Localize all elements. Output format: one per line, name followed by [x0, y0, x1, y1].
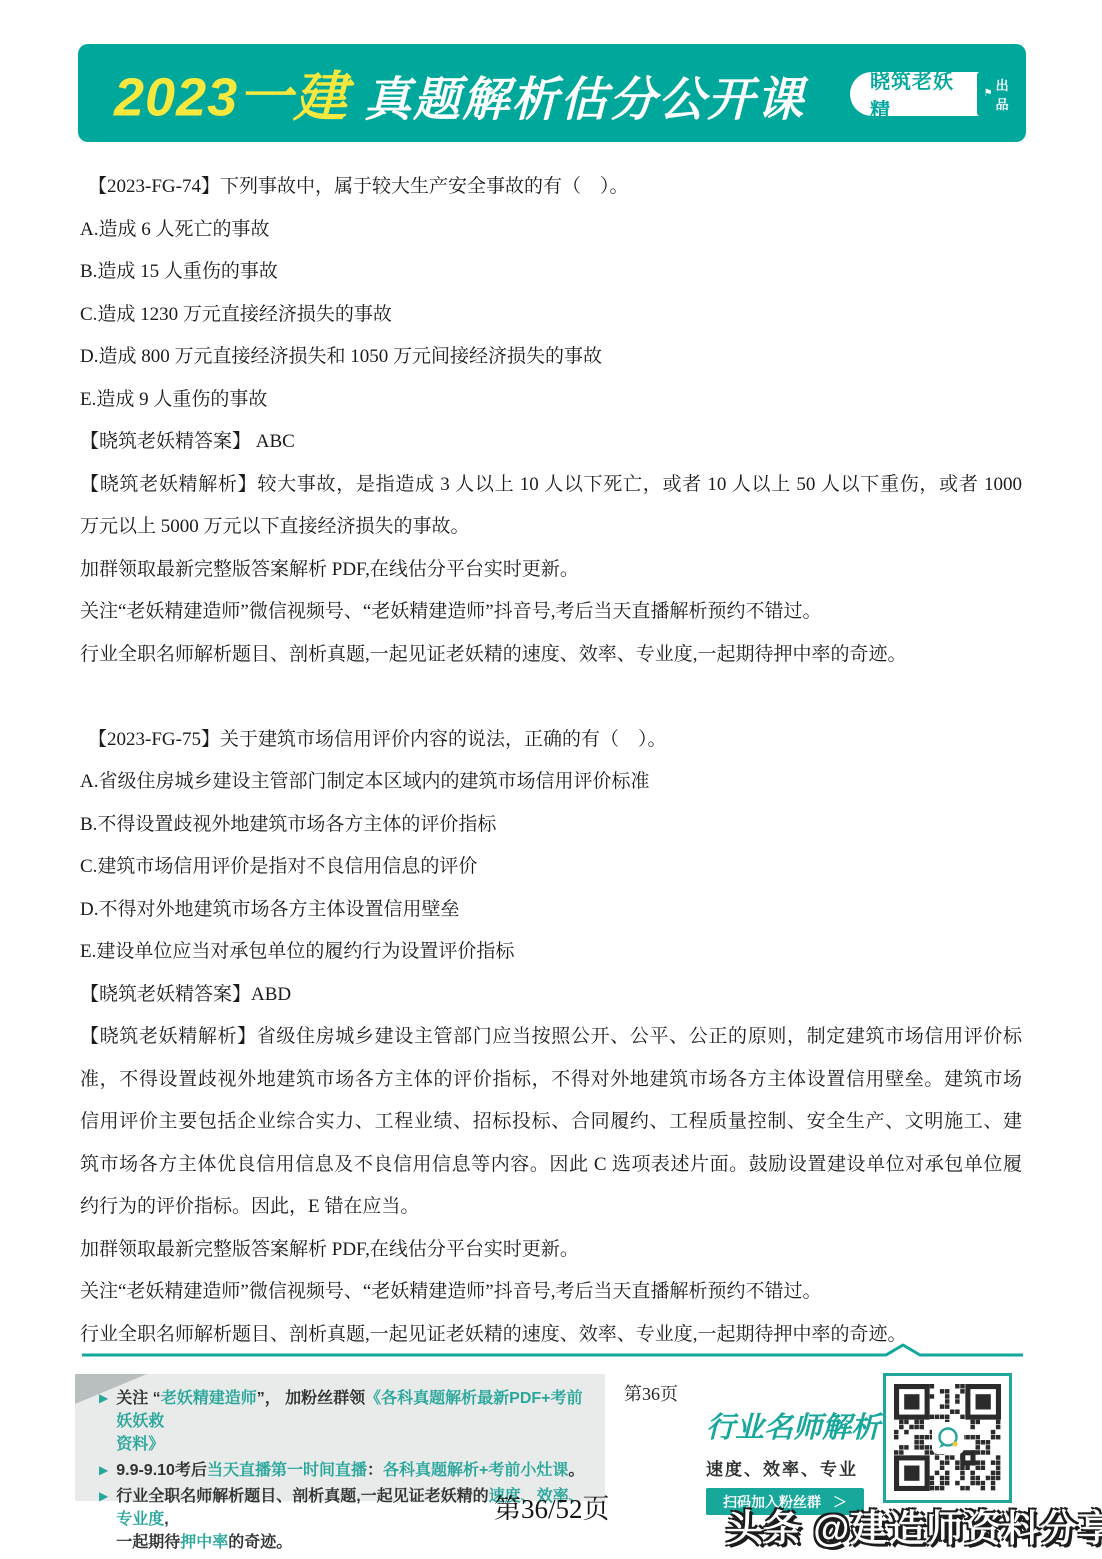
body-line: A.省级住房城乡建设主管部门制定本区域内的建筑市场信用评价标准: [80, 761, 1022, 804]
question-text-block: 【2023-FG-74】下列事故中，属于较大生产安全事故的有（ ）。A.造成 6…: [80, 166, 1022, 1356]
body-line: E.造成 9 人重伤的事故: [80, 379, 1022, 422]
body-line: B.造成 15 人重伤的事故: [80, 251, 1022, 294]
publisher-tag: ⚑ 出品: [977, 72, 1026, 116]
body-line: 关注“老妖精建造师”微信视频号、“老妖精建造师”抖音号,考后当天直播解析预约不错…: [80, 591, 1022, 634]
chat-bubble-icon: [932, 1422, 964, 1454]
banner-year-title: 2023一建: [114, 55, 348, 132]
body-line: E.建设单位应当对承包单位的履约行为设置评价指标: [80, 931, 1022, 974]
body-line: A.造成 6 人死亡的事故: [80, 209, 1022, 252]
body-line: D.不得对外地建筑市场各方主体设置信用壁垒: [80, 889, 1022, 932]
footer-bullet-list: ▶关注 “老妖精建造师”， 加粉丝群领《各科真题解析最新PDF+考前妖妖救 资料…: [99, 1387, 585, 1557]
body-line: B.不得设置歧视外地建筑市场各方主体的评价指标: [80, 804, 1022, 847]
banner-title: 2023一建 真题解析估分公开课: [114, 55, 805, 132]
banner-main-title: 真题解析估分公开课: [364, 63, 805, 130]
header-banner: 2023一建 真题解析估分公开课 晓筑老妖精 ⚑ 出品: [78, 44, 1026, 142]
body-line: C.造成 1230 万元直接经济损失的事故: [80, 294, 1022, 337]
footer-bullet: ▶9.9-9.10考后当天直播第一时间直播：各科真题解析+考前小灶课。: [99, 1459, 585, 1482]
flag-icon: ⚑: [984, 89, 993, 99]
promo-subtitle: 速度、效率、专业: [706, 1455, 864, 1480]
body-line: 约行为的评价指标。因此，E 错在应当。: [80, 1186, 1022, 1229]
body-line: 关注“老妖精建造师”微信视频号、“老妖精建造师”抖音号,考后当天直播解析预约不错…: [80, 1271, 1022, 1314]
body-line: 信用评价主要包括企业综合实力、工程业绩、招标投标、合同履约、工程质量控制、安全生…: [80, 1101, 1022, 1144]
body-line: C.建筑市场信用评价是指对不良信用信息的评价: [80, 846, 1022, 889]
bullet-triangle-icon: ▶: [99, 1459, 108, 1482]
footer-promo-box: ▶关注 “老妖精建造师”， 加粉丝群领《各科真题解析最新PDF+考前妖妖救 资料…: [75, 1374, 605, 1501]
footer-bullet: ▶关注 “老妖精建造师”， 加粉丝群领《各科真题解析最新PDF+考前妖妖救 资料…: [99, 1387, 585, 1456]
publisher-badge: 晓筑老妖精 ⚑ 出品: [850, 72, 1026, 116]
body-line: 准，不得设置歧视外地建筑市场各方主体的评价指标，不得对外地建筑市场各方主体设置信…: [80, 1059, 1022, 1102]
body-line: 行业全职名师解析题目、剖析真题,一起见证老妖精的速度、效率、专业度,一起期待押中…: [80, 634, 1022, 677]
body-line: 【晓筑老妖精答案】ABD: [80, 974, 1022, 1017]
watermark: 头条 @建造师资料分享中心: [726, 1498, 1102, 1552]
body-line: 【晓筑老妖精答案】 ABC: [80, 421, 1022, 464]
body-line: 【2023-FG-74】下列事故中，属于较大生产安全事故的有（ ）。: [80, 166, 1022, 209]
body-line: 【晓筑老妖精解析】较大事故，是指造成 3 人以上 10 人以下死亡，或者 10 …: [80, 464, 1022, 507]
body-line: D.造成 800 万元直接经济损失和 1050 万元间接经济损失的事故: [80, 336, 1022, 379]
promo-title: 行业名师解析: [706, 1405, 864, 1446]
footer-divider: [0, 1342, 1102, 1364]
bullet-text: 关注 “老妖精建造师”， 加粉丝群领《各科真题解析最新PDF+考前妖妖救 资料》: [116, 1387, 585, 1456]
publisher-tag-label: 出品: [996, 75, 1019, 113]
bullet-triangle-icon: ▶: [99, 1485, 108, 1554]
body-line: 【2023-FG-75】关于建筑市场信用评价内容的说法，正确的有（ ）。: [80, 719, 1022, 762]
page-number-small: 第36页: [624, 1380, 678, 1406]
bullet-triangle-icon: ▶: [99, 1387, 108, 1456]
body-line: 筑市场各方主体优良信用信息及不良信用信息等内容。因此 C 选项表述片面。鼓励设置…: [80, 1144, 1022, 1187]
body-line: 加群领取最新完整版答案解析 PDF,在线估分平台实时更新。: [80, 549, 1022, 592]
body-line: 万元以上 5000 万元以下直接经济损失的事故。: [80, 506, 1022, 549]
bullet-text: 9.9-9.10考后当天直播第一时间直播：各科真题解析+考前小灶课。: [116, 1459, 584, 1482]
body-line: 加群领取最新完整版答案解析 PDF,在线估分平台实时更新。: [80, 1229, 1022, 1272]
body-line: 【晓筑老妖精解析】省级住房城乡建设主管部门应当按照公开、公平、公正的原则，制定建…: [80, 1016, 1022, 1059]
document-page: 2023一建 真题解析估分公开课 晓筑老妖精 ⚑ 出品 【2023-FG-74】…: [0, 0, 1102, 1559]
page-number: 第36/52页: [494, 1487, 610, 1526]
body-line: [80, 676, 1022, 719]
publisher-name: 晓筑老妖精: [870, 65, 968, 123]
qr-code[interactable]: [883, 1373, 1012, 1503]
